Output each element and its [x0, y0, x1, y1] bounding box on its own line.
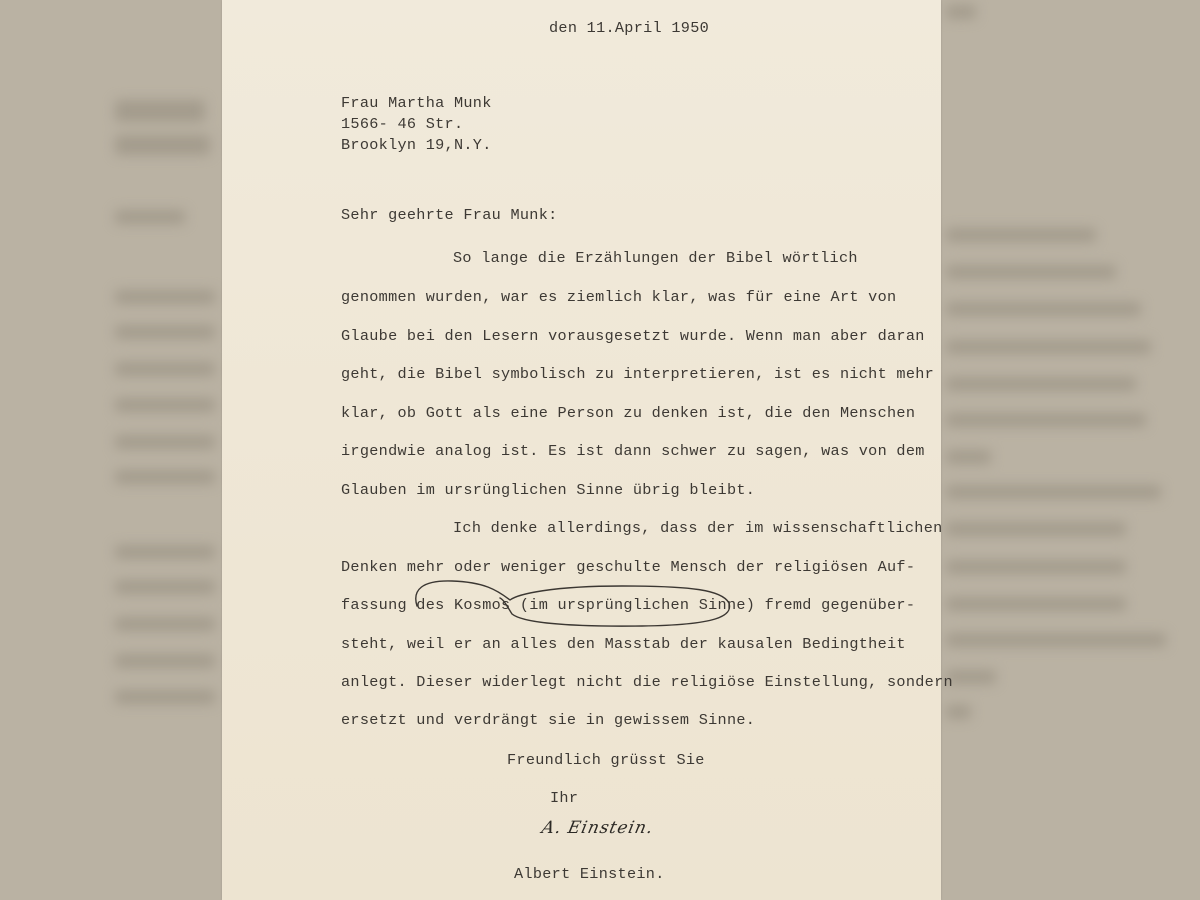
letter-page: den 11.April 1950 Frau Martha Munk 1566-… — [222, 0, 941, 900]
paragraph-line: Ich denke allerdings, dass der im wissen… — [453, 519, 943, 537]
paragraph-line: anlegt. Dieser widerlegt nicht die relig… — [341, 673, 953, 691]
paragraph-line: Denken mehr oder weniger geschulte Mensc… — [341, 558, 915, 576]
paragraph-line: klar, ob Gott als eine Person zu denken … — [341, 404, 915, 422]
recipient-street: 1566- 46 Str. — [341, 115, 463, 133]
letter-date: den 11.April 1950 — [549, 19, 709, 37]
signature: A. Einstein. — [540, 818, 656, 838]
paragraph-line: So lange die Erzählungen der Bibel wörtl… — [453, 249, 858, 267]
blurred-background-left — [0, 0, 222, 900]
paragraph-line: steht, weil er an alles den Masstab der … — [341, 635, 906, 653]
paragraph-line: fassung des Kosmos (im ursprünglichen Si… — [341, 596, 915, 614]
salutation: Sehr geehrte Frau Munk: — [341, 206, 558, 224]
recipient-name: Frau Martha Munk — [341, 94, 492, 112]
blurred-background-right — [941, 0, 1200, 900]
recipient-city: Brooklyn 19,N.Y. — [341, 136, 492, 154]
closing: Freundlich grüsst Sie — [507, 751, 705, 769]
paragraph-line: Glauben im ursrünglichen Sinne übrig ble… — [341, 481, 755, 499]
paragraph-line: irgendwie analog ist. Es ist dann schwer… — [341, 442, 925, 460]
paragraph-line: genommen wurden, war es ziemlich klar, w… — [341, 288, 896, 306]
closing-pronoun: Ihr — [550, 789, 578, 807]
paragraph-line: geht, die Bibel symbolisch zu interpreti… — [341, 365, 934, 383]
paragraph-line: ersetzt und verdrängt sie in gewissem Si… — [341, 711, 755, 729]
paragraph-line: Glaube bei den Lesern vorausgesetzt wurd… — [341, 327, 925, 345]
typed-name: Albert Einstein. — [514, 865, 665, 883]
